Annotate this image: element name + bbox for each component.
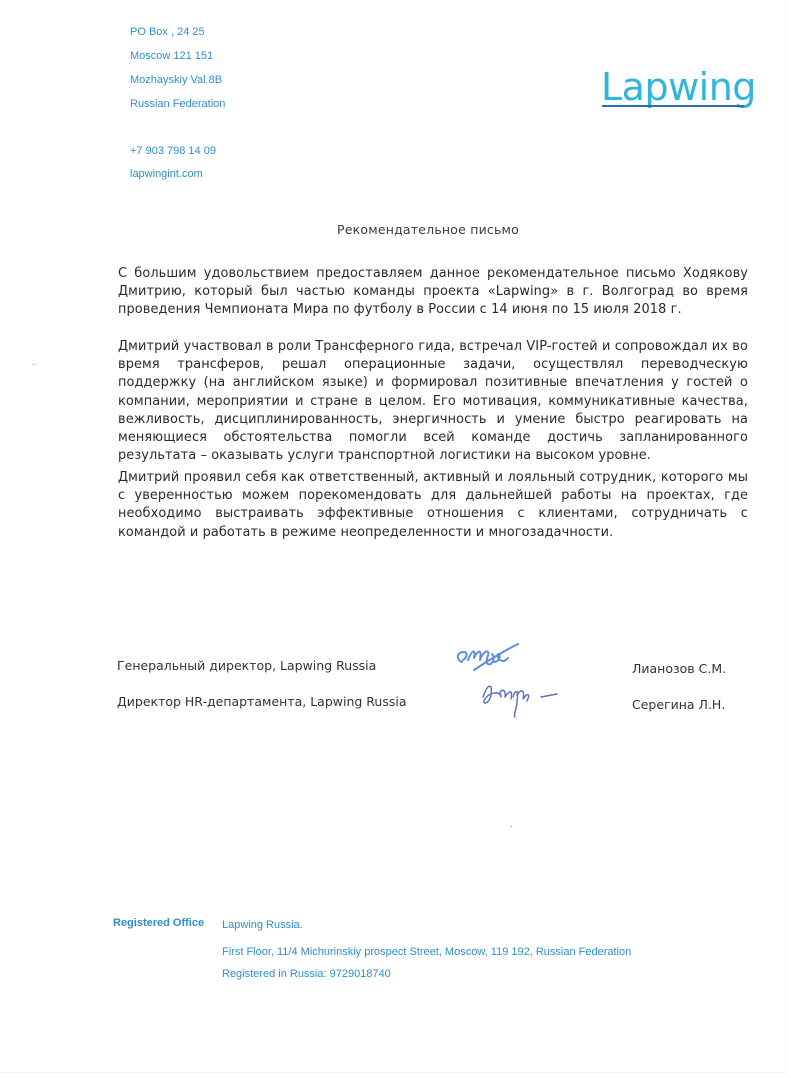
address-line-country: Russian Federation <box>130 98 225 111</box>
scan-speck <box>33 364 34 365</box>
letter-page: PO Box , 24 25 Moscow 121 151 Mozhayskiy… <box>0 0 786 1073</box>
signatory-role-hr-director: Директор HR-департамента, Lapwing Russia <box>117 694 407 709</box>
registered-office-number: Registered in Russia: 9729018740 <box>222 968 391 980</box>
registered-office-company: Lapwing Russia. <box>222 919 303 931</box>
signature-general-director-icon <box>452 640 522 680</box>
signatory-name-hr-director: Серегина Л.Н. <box>632 697 725 712</box>
logo-underline <box>602 105 744 107</box>
signatory-role-general-director: Генеральный директор, Lapwing Russia <box>117 658 376 673</box>
website-link: lapwingint.com <box>130 168 203 181</box>
phone-number: +7 903 798 14 09 <box>130 145 216 158</box>
scan-speck <box>511 826 512 827</box>
signatory-name-general-director: Лианозов С.М. <box>632 661 726 676</box>
letter-title: Рекомендательное письмо <box>0 222 791 237</box>
signature-hr-director-icon <box>475 675 570 720</box>
address-line-po-box: PO Box , 24 25 <box>130 26 205 39</box>
address-line-city: Moscow 121 151 <box>130 50 213 63</box>
address-line-street: Mozhayskiy Val 8B <box>130 74 222 87</box>
paragraph-duties: Дмитрий участвовал в роли Трансферного г… <box>118 338 748 465</box>
registered-office-address: First Floor, 11/4 Michurinskiy prospect … <box>222 946 631 958</box>
paragraph-intro: С большим удовольствием предоставляем да… <box>118 265 748 320</box>
paragraph-recommendation: Дмитрий проявил себя как ответственный, … <box>118 469 748 542</box>
registered-office-label: Registered Office <box>113 917 204 929</box>
lapwing-logo: Lapwing <box>601 67 756 107</box>
